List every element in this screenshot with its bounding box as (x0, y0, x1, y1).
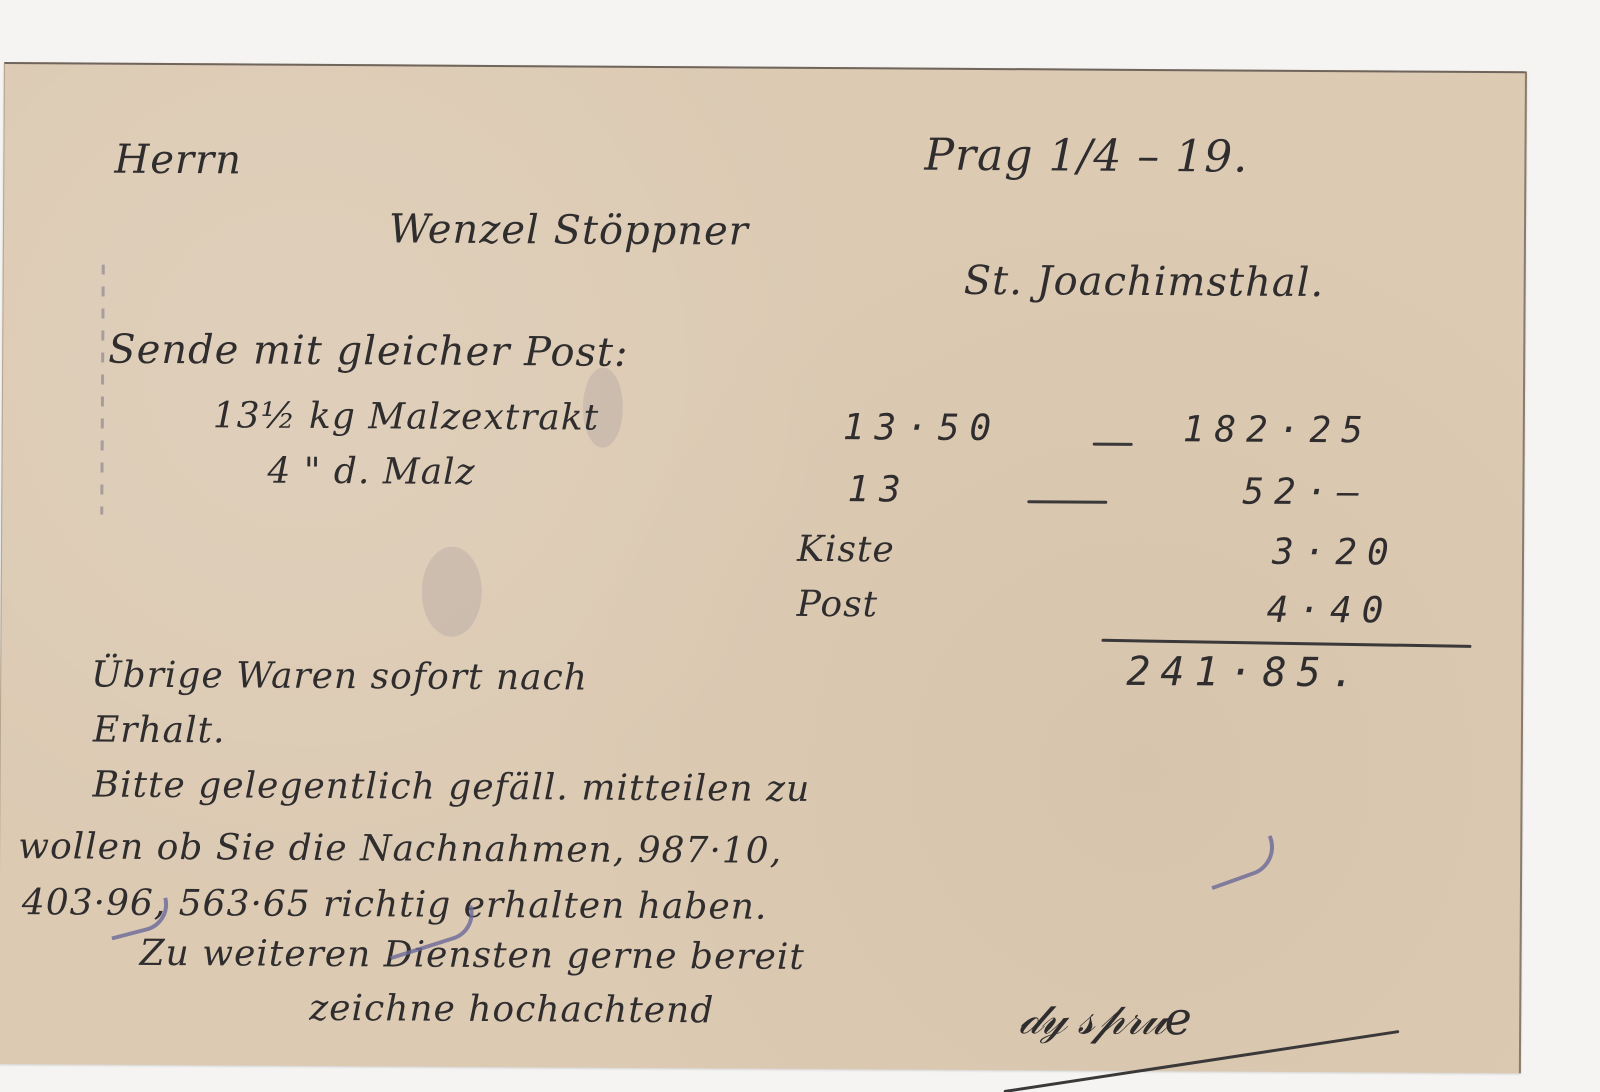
invoice-row: 4 " d. Malz 13 52·— (5, 64, 1525, 73)
item-amount: 3·20 (1272, 532, 1399, 574)
invoice-row: 13½ kg Malzextrakt 13·50 182·25 (5, 64, 1525, 73)
body-line: Übrige Waren sofort nach (91, 655, 588, 699)
item-amount: 52·— (1242, 472, 1369, 514)
body-line: wollen ob Sie die Nachnahmen, 987·10, (18, 826, 782, 872)
signature: 𝒹𝓎 𝓈𝓅𝓇𝓊𝑒 (1019, 990, 1190, 1047)
body-line: Erhalt. (93, 710, 226, 752)
invoice-total: 241·85. (1126, 649, 1365, 696)
invoice-table: 13½ kg Malzextrakt 13·50 182·25 4 " d. M… (5, 64, 1525, 73)
item-description: Post (797, 584, 879, 625)
message-body: Übrige Waren sofort nach Erhalt. Bitte g… (5, 64, 1525, 73)
body-line: Zu weiteren Diensten gerne bereit (139, 933, 805, 978)
invoice-row: Post 4·40 (5, 64, 1525, 73)
recipient-name: Wenzel Stöppner (389, 206, 749, 254)
ink-smudge (421, 547, 482, 637)
postmark-trace (100, 265, 105, 515)
checkmark-icon (1202, 835, 1282, 890)
postcard: Herrn Prag 1/4 – 19. Wenzel Stöppner St.… (0, 62, 1527, 1073)
sum-rule (1101, 639, 1471, 648)
item-dash (1027, 500, 1107, 503)
salutation: Herrn (114, 137, 242, 184)
invoice-row: Kiste 3·20 (5, 64, 1525, 73)
body-line: zeichne hochachtend (309, 988, 714, 1031)
item-description: Kiste (797, 529, 895, 571)
item-amount: 182·25 (1183, 409, 1373, 451)
item-unit-price: 13 (847, 469, 911, 510)
item-description: 13½ kg Malzextrakt (213, 395, 600, 438)
item-dash (1093, 443, 1133, 446)
intro-line: Sende mit gleicher Post: (108, 327, 629, 376)
item-description: 4 " d. Malz (267, 451, 475, 493)
item-unit-price: 13·50 (843, 407, 1002, 449)
item-amount: 4·40 (1267, 590, 1394, 632)
recipient-location: St. Joachimsthal. (964, 258, 1325, 306)
body-line: Bitte gelegentlich gefäll. mitteilen zu (92, 765, 810, 810)
place-date: Prag 1/4 – 19. (924, 130, 1248, 183)
